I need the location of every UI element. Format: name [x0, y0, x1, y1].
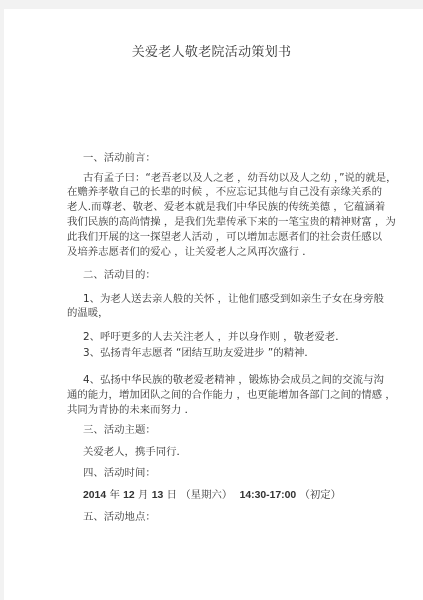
purpose-item-1-line-1: 1、为老人送去亲人般的关怀 ，让他们感受到如亲生子女在身旁般 [83, 293, 384, 306]
preface-line-5: 此我们开展的这一探望老人活动 ，可以增加志愿者们的社会责任感以 [67, 231, 382, 244]
time-note: （初定） [300, 489, 342, 501]
time-day-unit: 日 [167, 489, 177, 501]
time-year: 2014 [83, 490, 106, 501]
time-hours: 14:30-17:00 [240, 490, 297, 501]
time-day: 13 [152, 490, 164, 501]
purpose-item-2: 2、呼吁更多的人去关注老人 ，并以身作则 ，敬老爱老． [83, 331, 346, 344]
purpose-item-4-line-1: 4、弘扬中华民族的敬老爱老精神 ，锻炼协会成员之间的交流与沟 [83, 374, 384, 387]
purpose-item-3: 3、弘扬青年志愿者 “团结互助友爱进步 ”的精神． [83, 347, 315, 360]
purpose-item-1-line-2: 的温暖， [67, 307, 109, 320]
section-heading-theme: 三、活动主题： [83, 424, 156, 437]
time-month: 12 [123, 490, 135, 501]
preface-line-6: 及培养志愿者们的爱心 ，让关爱老人之风再次盛行 ． [67, 246, 313, 259]
preface-line-2: 在赡养孝敬自己的长辈的时候 ，不应忘记其他与自己没有亲缘关系的 [67, 186, 382, 199]
purpose-item-4-line-2: 通的能力，增加团队之间的合作能力 ，也更能增加各部门之间的情感 ， [67, 389, 396, 402]
document-title: 关爱老人敬老院活动策划书 [0, 41, 423, 60]
section-heading-location: 五、活动地点： [83, 511, 156, 524]
activity-time: 2014 年 12 月 13 日 （星期六） 14:30-17:00 （初定） [83, 489, 341, 502]
preface-line-4: 我们民族的高尚情操 ，是我们先辈传承下来的一笔宝贵的精神财富 ，为 [67, 216, 396, 229]
section-heading-time: 四、活动时间： [83, 467, 156, 480]
time-year-unit: 年 [109, 489, 119, 501]
preface-line-1: 古有孟子曰：“老吾老以及人之老 ，幼吾幼以及人之幼 ，”说的就是， [83, 172, 397, 185]
purpose-item-4-line-3: 共同为青协的未来而努力 ． [67, 404, 195, 417]
time-weekday: （星期六） [180, 489, 232, 501]
preface-line-3: 老人.而尊老、敬老、爱老本就是我们中华民族的传统美德 ，它蕴涵着 [67, 201, 385, 214]
section-heading-purpose: 二、活动目的： [83, 269, 156, 282]
section-heading-preface: 一、活动前言： [83, 152, 156, 165]
time-month-unit: 月 [138, 489, 148, 501]
theme-text: 关爱老人，携手同行． [83, 446, 187, 459]
